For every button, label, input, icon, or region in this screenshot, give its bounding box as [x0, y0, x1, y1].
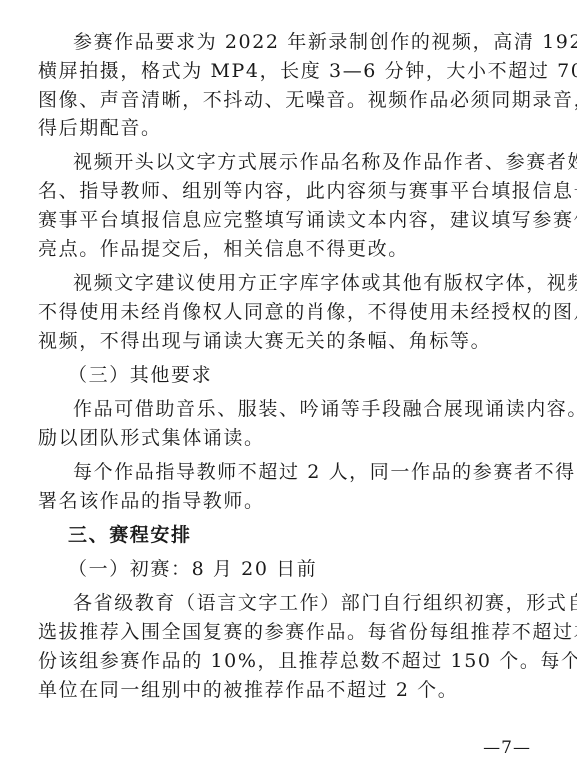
paragraph-line: 图像、声音清晰，不抖动、无噪音。视频作品必须同期录音，不 [38, 86, 543, 115]
paragraph-line: 每个作品指导教师不超过 2 人，同一作品的参赛者不得同时 [73, 458, 543, 487]
section-heading-schedule: 三、赛程安排 [68, 521, 192, 550]
paragraph-line: 得后期配音。 [38, 114, 162, 143]
subheading-other-requirements: （三）其他要求 [68, 361, 212, 390]
document-page: 参赛作品要求为 2022 年新录制创作的视频，高清 1920*1080 横屏拍摄… [0, 0, 577, 775]
paragraph-line: 励以团队形式集体诵读。 [38, 424, 265, 453]
paragraph-line: 名、指导教师、组别等内容，此内容须与赛事平台填报信息一致。 [38, 177, 543, 206]
paragraph-line: 选拔推荐入围全国复赛的参赛作品。每省份每组推荐不超过本省 [38, 618, 543, 647]
subheading-preliminary-round: （一）初赛：8 月 20 日前 [68, 555, 317, 584]
paragraph-line: 单位在同一组别中的被推荐作品不超过 2 个。 [38, 676, 458, 705]
paragraph-line: 署名该作品的指导教师。 [38, 487, 265, 516]
paragraph-line: 横屏拍摄，格式为 MP4，长度 3—6 分钟，大小不超过 700MB， [38, 57, 543, 86]
paragraph-line: 视频开头以文字方式展示作品名称及作品作者、参赛者姓 [73, 148, 543, 177]
paragraph-line: 赛事平台填报信息应完整填写诵读文本内容，建议填写参赛作品 [38, 206, 543, 235]
paragraph-line: 各省级教育（语言文字工作）部门自行组织初赛，形式自定， [73, 589, 543, 618]
paragraph-line: 视频文字建议使用方正字库字体或其他有版权字体，视频中 [73, 269, 543, 298]
paragraph-line: 参赛作品要求为 2022 年新录制创作的视频，高清 1920*1080 [73, 28, 543, 57]
paragraph-line: 不得使用未经肖像权人同意的肖像，不得使用未经授权的图片和 [38, 298, 543, 327]
paragraph-line: 亮点。作品提交后，相关信息不得更改。 [38, 235, 409, 264]
paragraph-line: 作品可借助音乐、服装、吟诵等手段融合展现诵读内容。鼓 [73, 395, 543, 424]
page-number: —7— [483, 738, 531, 758]
paragraph-line: 份该组参赛作品的 10%，且推荐总数不超过 150 个。每个学校或 [38, 647, 543, 676]
paragraph-line: 视频，不得出现与诵读大赛无关的条幅、角标等。 [38, 327, 491, 356]
